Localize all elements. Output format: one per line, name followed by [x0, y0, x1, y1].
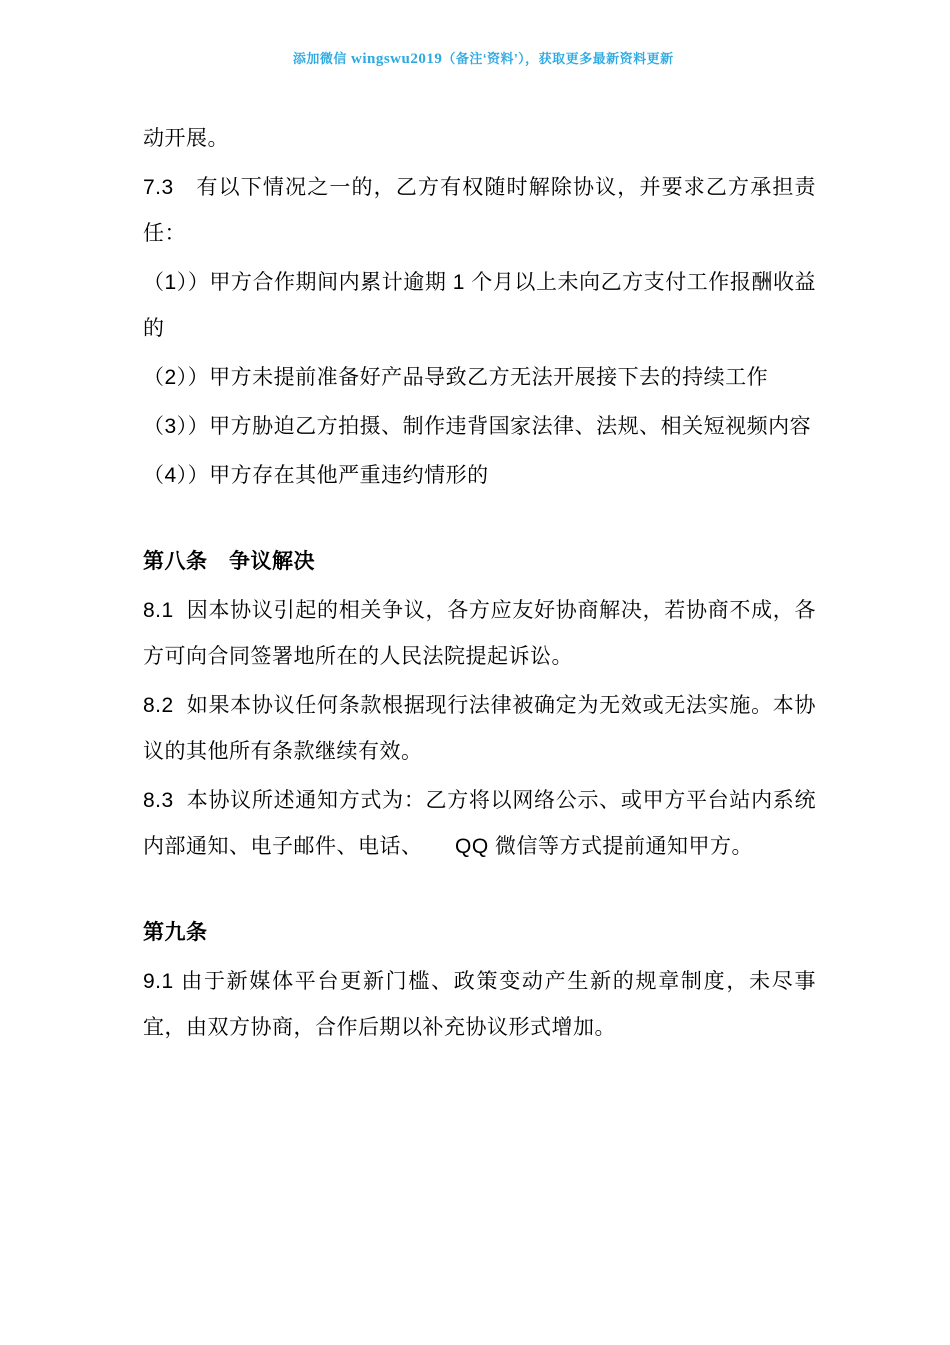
paragraph: 8.3 本协议所述通知方式为：乙方将以网络公示、或甲方平台站内系统内部通知、电子…: [143, 778, 816, 870]
paragraph: （3））甲方胁迫乙方拍摄、制作违背国家法律、法规、相关短视频内容: [143, 404, 816, 450]
contract-text-body: 动开展。7.3 有以下情况之一的，乙方有权随时解除协议，并要求乙方承担责任：（1…: [143, 116, 816, 1051]
paragraph: 7.3 有以下情况之一的，乙方有权随时解除协议，并要求乙方承担责任：: [143, 165, 816, 257]
document-page: 添加微信 wingswu2019（备注‘资料’），获取更多最新资料更新 动开展。…: [0, 0, 950, 1345]
wechat-handle: wingswu2019: [351, 51, 442, 67]
section-heading: 第八条 争议解决: [143, 539, 816, 585]
promo-banner-suffix: （备注‘资料’），获取更多最新资料更新: [442, 51, 673, 66]
paragraph: （2））甲方未提前准备好产品导致乙方无法开展接下去的持续工作: [143, 355, 816, 401]
paragraph: 动开展。: [143, 116, 816, 162]
paragraph: （1））甲方合作期间内累计逾期 1 个月以上未向乙方支付工作报酬收益的: [143, 260, 816, 352]
paragraph: 8.2 如果本协议任何条款根据现行法律被确定为无效或无法实施。本协议的其他所有条…: [143, 683, 816, 775]
paragraph: 8.1 因本协议引起的相关争议，各方应友好协商解决，若协商不成，各方可向合同签署…: [143, 588, 816, 680]
paragraph: （4））甲方存在其他严重违约情形的: [143, 453, 816, 499]
section-heading: 第九条: [143, 910, 816, 956]
promo-banner: 添加微信 wingswu2019（备注‘资料’），获取更多最新资料更新: [0, 33, 950, 83]
paragraph: 9.1 由于新媒体平台更新门槛、政策变动产生新的规章制度，未尽事宜，由双方协商，…: [143, 959, 816, 1051]
promo-banner-prefix: 添加微信: [293, 51, 351, 66]
